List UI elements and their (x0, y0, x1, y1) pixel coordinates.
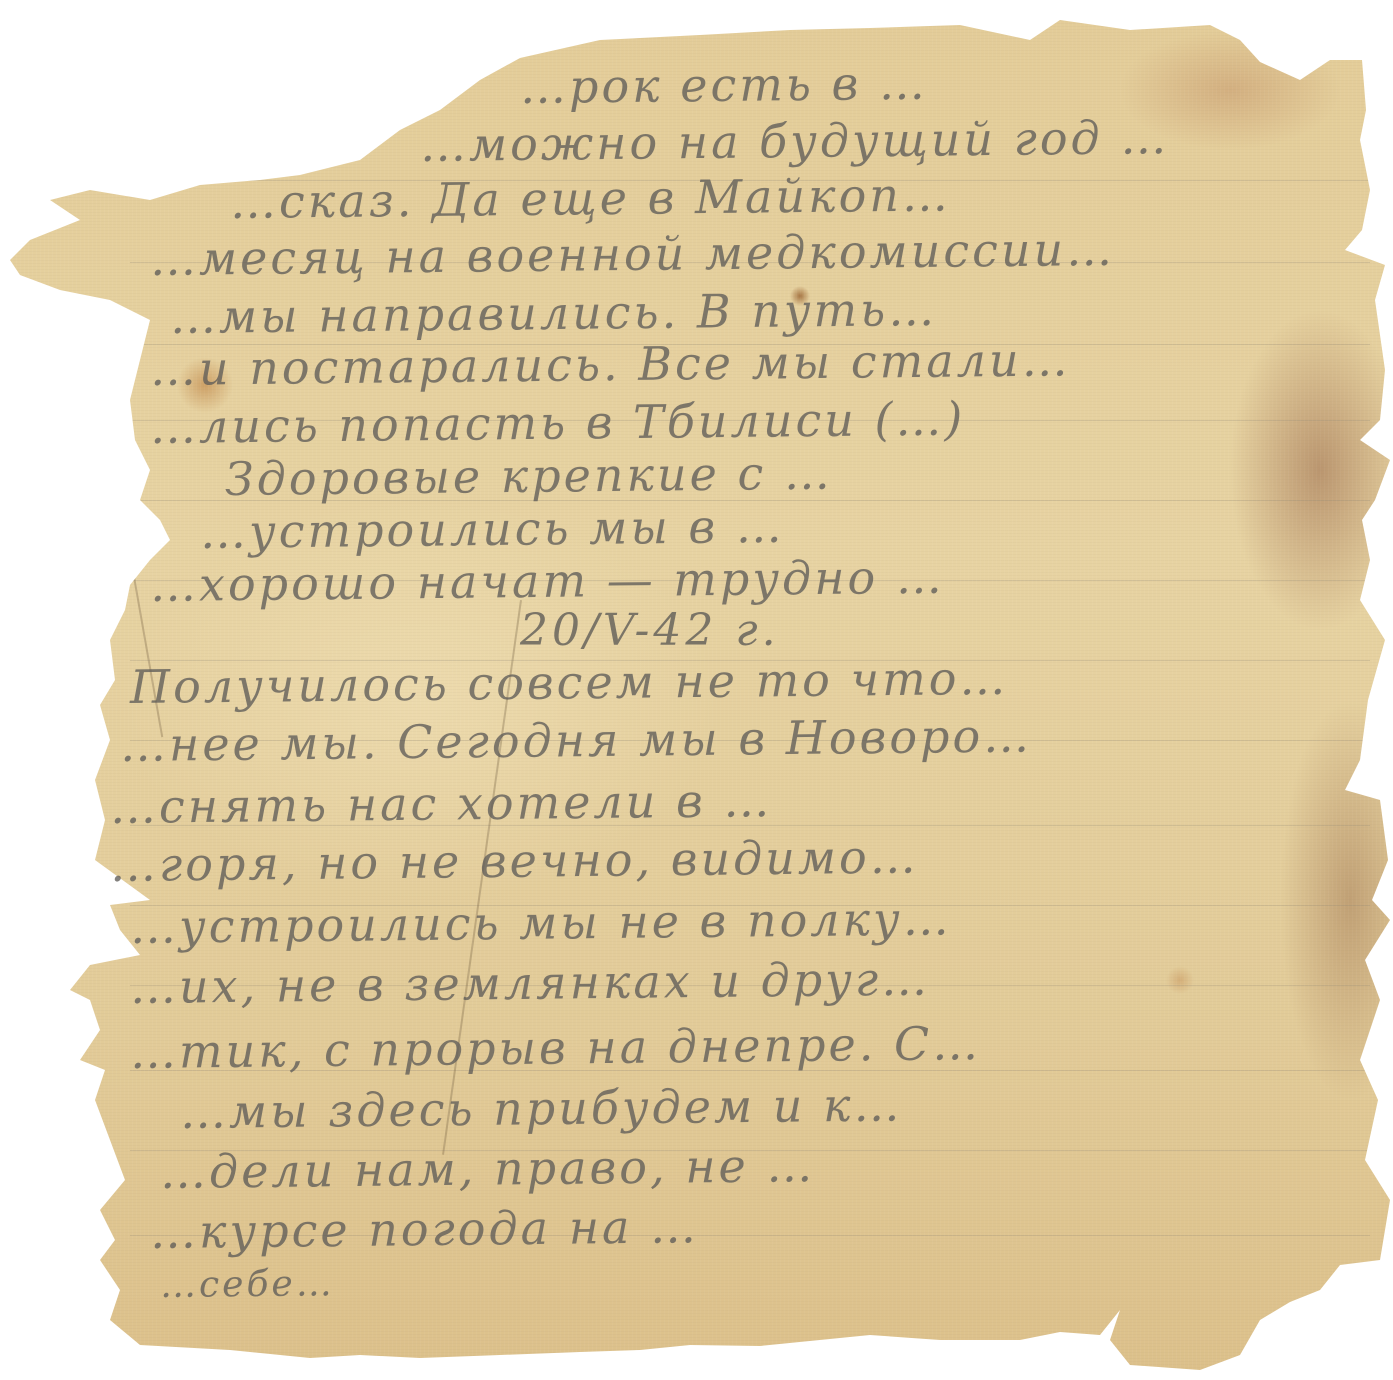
text-line: …снять нас хотели в … (110, 773, 773, 834)
text-line: …дели нам, право, не … (160, 1138, 816, 1199)
text-line: …тик, с прорыв на днепре. С… (130, 1016, 982, 1079)
handwritten-text: …рок есть в … …можно на будущий год … …с… (0, 0, 1393, 1380)
text-line: …устроились мы не в полку… (130, 891, 952, 954)
document-fragment: …рок есть в … …можно на будущий год … …с… (0, 0, 1393, 1380)
text-line: …нее мы. Сегодня мы в Новоро… (120, 708, 1033, 772)
text-line: …лись попасть в Тбилиси (…) (150, 391, 966, 454)
text-line: …мы здесь прибудем и к… (180, 1077, 903, 1139)
date-heading: 20/V-42 г. (520, 605, 780, 656)
text-line: …и постарались. Все мы стали… (150, 332, 1071, 396)
text-line: …горя, но не вечно, видимо… (110, 830, 919, 892)
text-line: …можно на будущий год … (420, 110, 1170, 172)
text-line: …устроились мы в … (200, 499, 785, 559)
text-line: …сказ. Да еще в Майкоп… (230, 167, 951, 229)
text-line: …месяц на военной медкомиссии… (150, 222, 1116, 286)
text-line: …себе… (160, 1263, 335, 1306)
text-line: Получилось совсем не то что… (130, 651, 1009, 714)
text-line: Здоровые крепкие с … (225, 446, 833, 506)
text-line: …курсе погода на … (150, 1199, 700, 1259)
text-line: …их, не в землянках и друг… (130, 952, 931, 1014)
text-line: …хорошо начат — трудно … (150, 550, 945, 612)
text-line: …рок есть в … (520, 56, 928, 114)
